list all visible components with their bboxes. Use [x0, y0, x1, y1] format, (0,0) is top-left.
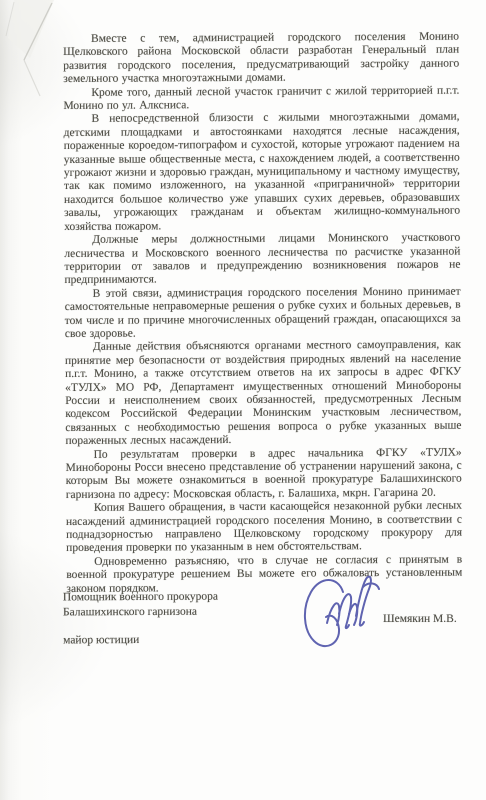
paragraph-copy-forwarded: Копия Вашего обращения, в части касающей…: [66, 500, 462, 556]
letter-body: Вместе с тем, администрацией городского …: [63, 31, 462, 596]
signer-position-line1: Помощник военного прокурора: [63, 590, 218, 605]
paragraph-admin-decisions: В этой связи, администрация городского п…: [65, 285, 461, 341]
paragraph-border-territory: Кроме того, данный лесной участок гранич…: [63, 84, 459, 113]
signer-name: Шемякин М.В.: [383, 613, 457, 625]
signature-block: Помощник военного прокурора Балашихинско…: [63, 590, 218, 648]
scanned-letter-page: Вместе с тем, администрацией городского …: [0, 0, 486, 800]
paragraph-danger-trees: В непосредственной близости с жилыми мно…: [63, 111, 460, 234]
paragraph-no-measures: Должные меры должностными лицами Монинск…: [64, 232, 460, 288]
handwritten-signature-ink: [298, 568, 388, 665]
paragraph-inspection-result: По результатам проверки в адрес начальни…: [66, 446, 462, 502]
signer-rank: майор юстиции: [63, 633, 218, 648]
paragraph-general-plan: Вместе с тем, администрацией городского …: [63, 31, 459, 87]
paragraph-explanations: Данные действия объясняются органами мес…: [65, 339, 462, 449]
signer-position-line2: Балашихинского гарнизона: [63, 604, 218, 619]
